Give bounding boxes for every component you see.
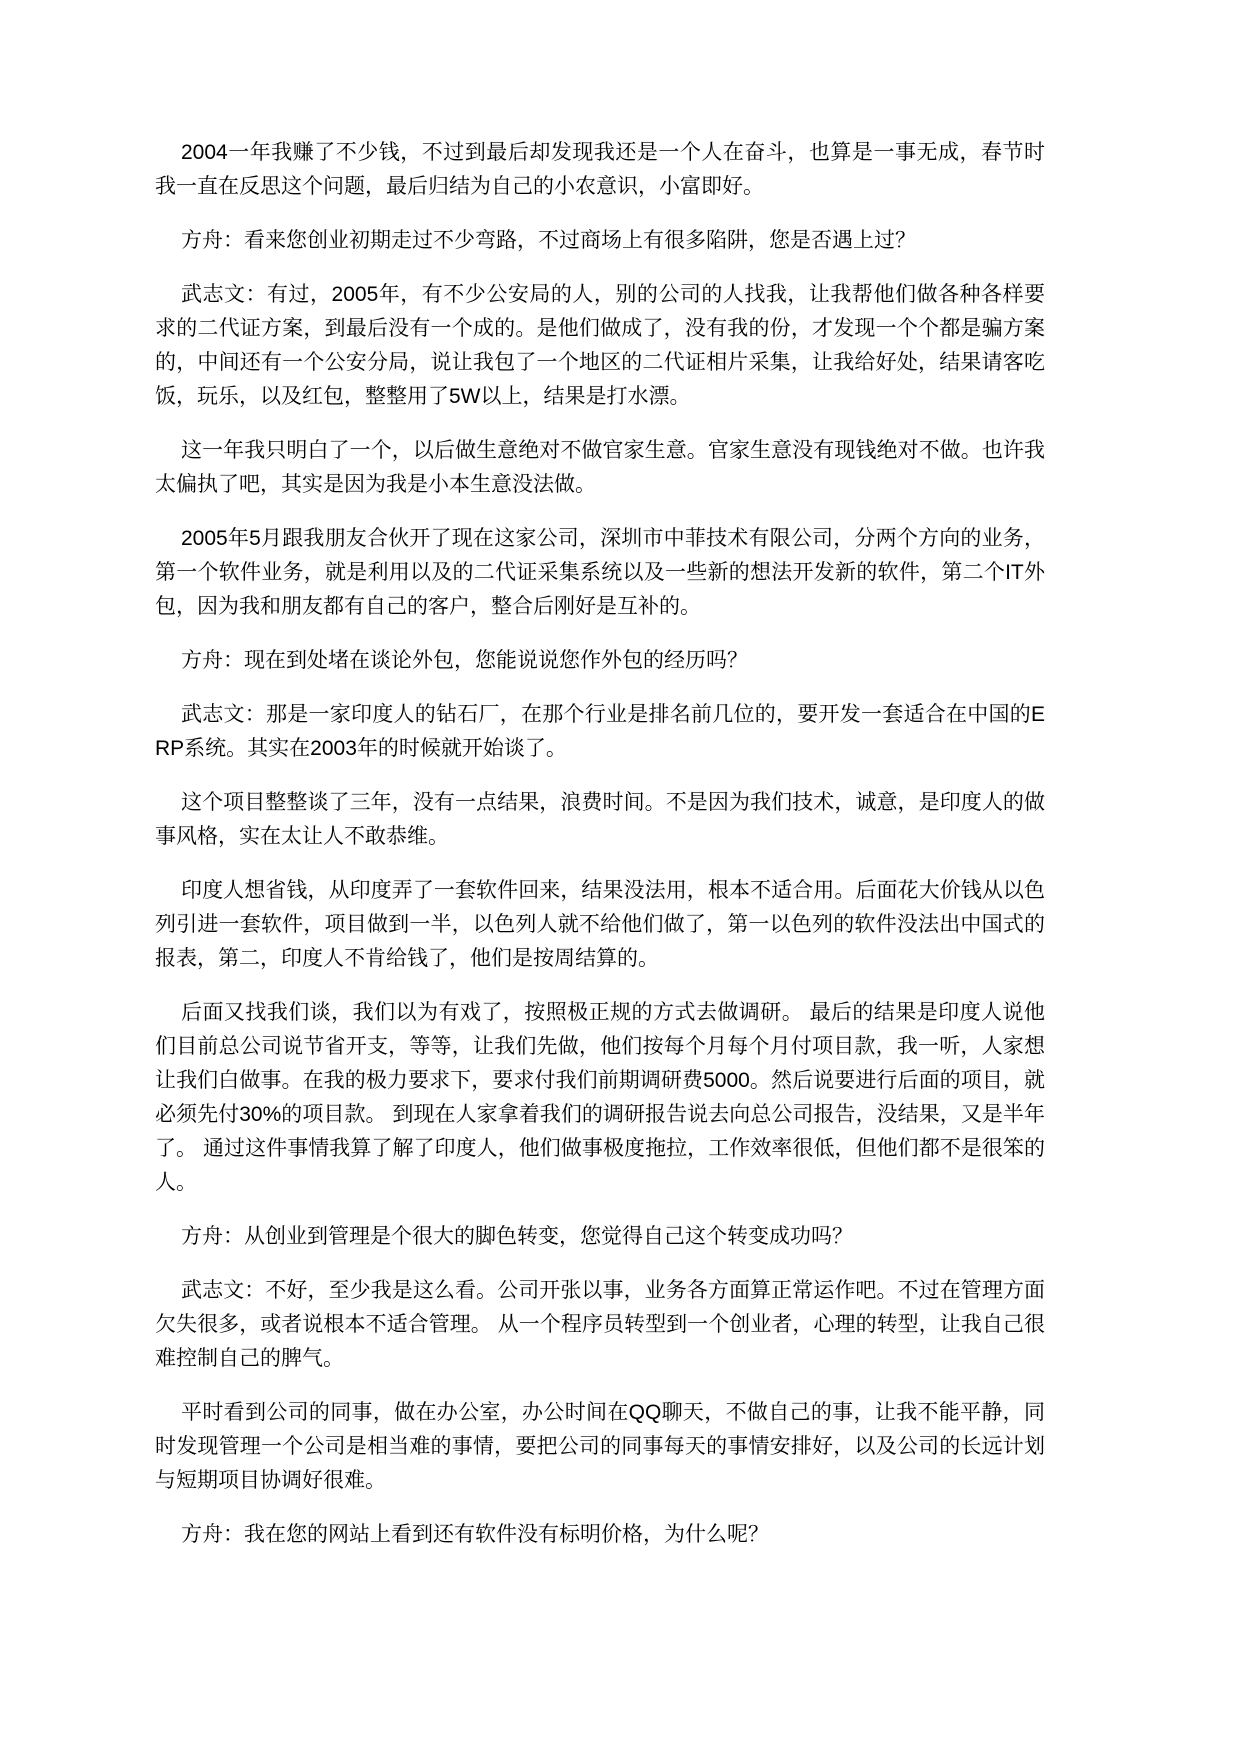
paragraph-speaker-wuzhiwen: 武志文：那是一家印度人的钻石厂，在那个行业是排名前几位的，要开发一套适合在中国的… <box>155 698 1045 766</box>
paragraph-speaker-fangzhou: 方舟：从创业到管理是个很大的脚色转变，您觉得自己这个转变成功吗？ <box>155 1220 1045 1254</box>
paragraph-speaker-wuzhiwen: 武志文：有过，2005年，有不少公安局的人，别的公司的人找我，让我帮他们做各种各… <box>155 278 1045 414</box>
paragraph: 这个项目整整谈了三年，没有一点结果，浪费时间。不是因为我们技术，诚意，是印度人的… <box>155 786 1045 854</box>
document-page: 2004一年我赚了不少钱，不过到最后却发现我还是一个人在奋斗，也算是一事无成，春… <box>0 0 1241 1754</box>
paragraph: 印度人想省钱，从印度弄了一套软件回来，结果没法用，根本不适合用。后面花大价钱从以… <box>155 874 1045 976</box>
paragraph: 2004一年我赚了不少钱，不过到最后却发现我还是一个人在奋斗，也算是一事无成，春… <box>155 136 1045 204</box>
paragraph-speaker-wuzhiwen: 武志文：不好，至少我是这么看。公司开张以事，业务各方面算正常运作吧。不过在管理方… <box>155 1274 1045 1376</box>
paragraph: 后面又找我们谈，我们以为有戏了，按照极正规的方式去做调研。 最后的结果是印度人说… <box>155 996 1045 1200</box>
paragraph: 2005年5月跟我朋友合伙开了现在这家公司，深圳市中菲技术有限公司，分两个方向的… <box>155 522 1045 624</box>
paragraph-speaker-fangzhou: 方舟：看来您创业初期走过不少弯路，不过商场上有很多陷阱，您是否遇上过？ <box>155 224 1045 258</box>
paragraph-speaker-fangzhou: 方舟：我在您的网站上看到还有软件没有标明价格，为什么呢？ <box>155 1518 1045 1552</box>
paragraph: 平时看到公司的同事，做在办公室，办公时间在QQ聊天，不做自己的事，让我不能平静，… <box>155 1396 1045 1498</box>
document-body: 2004一年我赚了不少钱，不过到最后却发现我还是一个人在奋斗，也算是一事无成，春… <box>155 136 1045 1552</box>
paragraph: 这一年我只明白了一个，以后做生意绝对不做官家生意。官家生意没有现钱绝对不做。也许… <box>155 434 1045 502</box>
paragraph-speaker-fangzhou: 方舟：现在到处堵在谈论外包，您能说说您作外包的经历吗？ <box>155 644 1045 678</box>
